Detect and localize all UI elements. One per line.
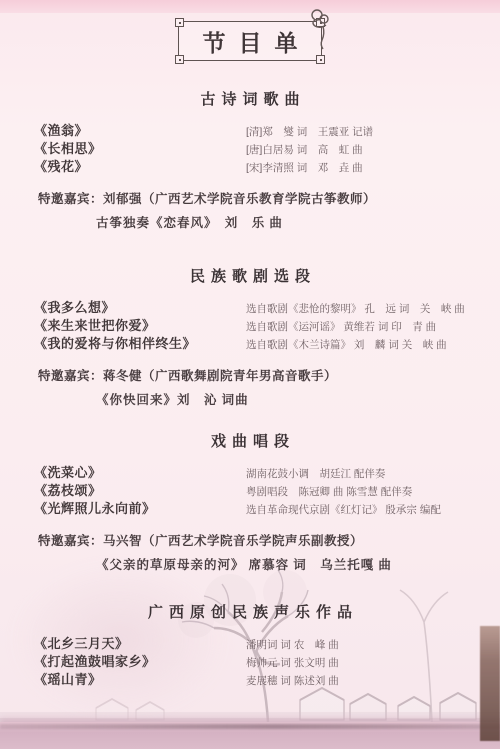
section-heading: 戏曲唱段 (34, 430, 466, 451)
program-row: 《瑶山青》 麦展穗 词 陈述刘 曲 (34, 669, 466, 687)
program-row: 《北乡三月天》 潘明词 词 农 峰 曲 (34, 633, 466, 651)
song-credit: 选自革命现代京剧《红灯记》 殷承宗 编配 (246, 502, 441, 517)
song-credit: 湖南花鼓小调 胡廷江 配伴奏 (246, 466, 385, 481)
section-heading: 民族歌剧选段 (34, 265, 466, 286)
song-title: 《北乡三月天》 (34, 633, 246, 652)
bottom-ink-smudge (0, 724, 500, 729)
program-row: 《残花》 [宋]李清照 词 邓 垚 曲 (34, 156, 466, 174)
song-title: 《瑶山青》 (34, 669, 246, 688)
frame-corner-icon (175, 55, 184, 64)
program-row: 《长相思》 [唐]白居易 词 高 虹 曲 (34, 138, 466, 156)
song-credit: 麦展穗 词 陈述刘 曲 (246, 673, 339, 688)
program-row: 《我的爱将与你相伴终生》 选自歌剧《木兰诗篇》 刘 麟 词 关 峡 曲 (34, 333, 466, 351)
program-row: 《荔枝颂》 粤剧唱段 陈冠卿 曲 陈雪慧 配伴奏 (34, 480, 466, 498)
program-row: 《我多么想》 选自歌剧《悲怆的黎明》 孔 远 词 关 峡 曲 (34, 297, 466, 315)
frame-corner-icon (175, 18, 184, 27)
song-credit: [宋]李清照 词 邓 垚 曲 (246, 160, 363, 175)
guest-line: 特邀嘉宾：马兴智（广西艺术学院音乐学院声乐副教授） (38, 531, 466, 549)
song-credit: 选自歌剧《运河谣》 黄维若 词 印 青 曲 (246, 319, 436, 334)
frame-corner-icon (316, 55, 325, 64)
program-row: 《来生来世把你爱》 选自歌剧《运河谣》 黄维若 词 印 青 曲 (34, 315, 466, 333)
program-row: 《渔翁》 [清]郑 燮 词 王震亚 记谱 (34, 120, 466, 138)
guest-detail: 《父亲的草原母亲的河》 席慕容 词 乌兰托嘎 曲 (96, 555, 466, 573)
section-national-opera: 民族歌剧选段 《我多么想》 选自歌剧《悲怆的黎明》 孔 远 词 关 峡 曲 《来… (34, 265, 466, 408)
top-accent-band (0, 0, 500, 13)
guest-detail: 古筝独奏《恋春风》 刘 乐 曲 (96, 213, 466, 231)
song-credit: 粤剧唱段 陈冠卿 曲 陈雪慧 配伴奏 (246, 484, 412, 499)
program-row: 《打起渔鼓唱家乡》 梅帅元 词 张文明 曲 (34, 651, 466, 669)
song-title: 《打起渔鼓唱家乡》 (34, 651, 246, 670)
program-content: 古诗词歌曲 《渔翁》 [清]郑 燮 词 王震亚 记谱 《长相思》 [唐]白居易 … (0, 88, 500, 687)
ruyi-cloud-icon (307, 6, 333, 50)
program-row: 《洗菜心》 湖南花鼓小调 胡廷江 配伴奏 (34, 462, 466, 480)
song-credit: [唐]白居易 词 高 虹 曲 (246, 142, 363, 157)
song-title: 《荔枝颂》 (34, 480, 246, 499)
guest-line: 特邀嘉宾：刘郁强（广西艺术学院音乐教育学院古筝教师） (38, 189, 466, 207)
song-credit: 选自歌剧《悲怆的黎明》 孔 远 词 关 峡 曲 (246, 301, 465, 316)
song-credit: 梅帅元 词 张文明 曲 (246, 655, 339, 670)
song-title: 《长相思》 (34, 138, 246, 157)
program-row: 《光辉照儿永向前》 选自革命现代京剧《红灯记》 殷承宗 编配 (34, 498, 466, 516)
song-title: 《我多么想》 (34, 297, 246, 316)
song-title: 《渔翁》 (34, 120, 246, 139)
section-opera-arias: 戏曲唱段 《洗菜心》 湖南花鼓小调 胡廷江 配伴奏 《荔枝颂》 粤剧唱段 陈冠卿… (34, 430, 466, 573)
song-credit: [清]郑 燮 词 王震亚 记谱 (246, 124, 373, 139)
song-title: 《残花》 (34, 156, 246, 175)
program-poster: 节目单 古诗词歌曲 《渔翁》 [清]郑 燮 词 王震亚 记谱 《长相思》 [唐]… (0, 0, 500, 749)
song-title: 《洗菜心》 (34, 462, 246, 481)
section-heading: 广西原创民族声乐作品 (34, 601, 466, 622)
section-guangxi-original-works: 广西原创民族声乐作品 《北乡三月天》 潘明词 词 农 峰 曲 《打起渔鼓唱家乡》… (34, 601, 466, 687)
page-title: 节目单 (190, 25, 311, 58)
song-title: 《光辉照儿永向前》 (34, 498, 246, 517)
title-box: 节目单 (178, 21, 322, 61)
guest-detail: 《你快回来》刘 沁 词曲 (96, 390, 466, 408)
section-ancient-poetry-songs: 古诗词歌曲 《渔翁》 [清]郑 燮 词 王震亚 记谱 《长相思》 [唐]白居易 … (34, 88, 466, 231)
section-heading: 古诗词歌曲 (34, 88, 466, 109)
guest-line: 特邀嘉宾：蒋冬健（广西歌舞剧院青年男高音歌手） (38, 366, 466, 384)
song-title: 《我的爱将与你相伴终生》 (34, 333, 246, 352)
song-credit: 潘明词 词 农 峰 曲 (246, 637, 339, 652)
song-title: 《来生来世把你爱》 (34, 315, 246, 334)
song-credit: 选自歌剧《木兰诗篇》 刘 麟 词 关 峡 曲 (246, 337, 447, 352)
